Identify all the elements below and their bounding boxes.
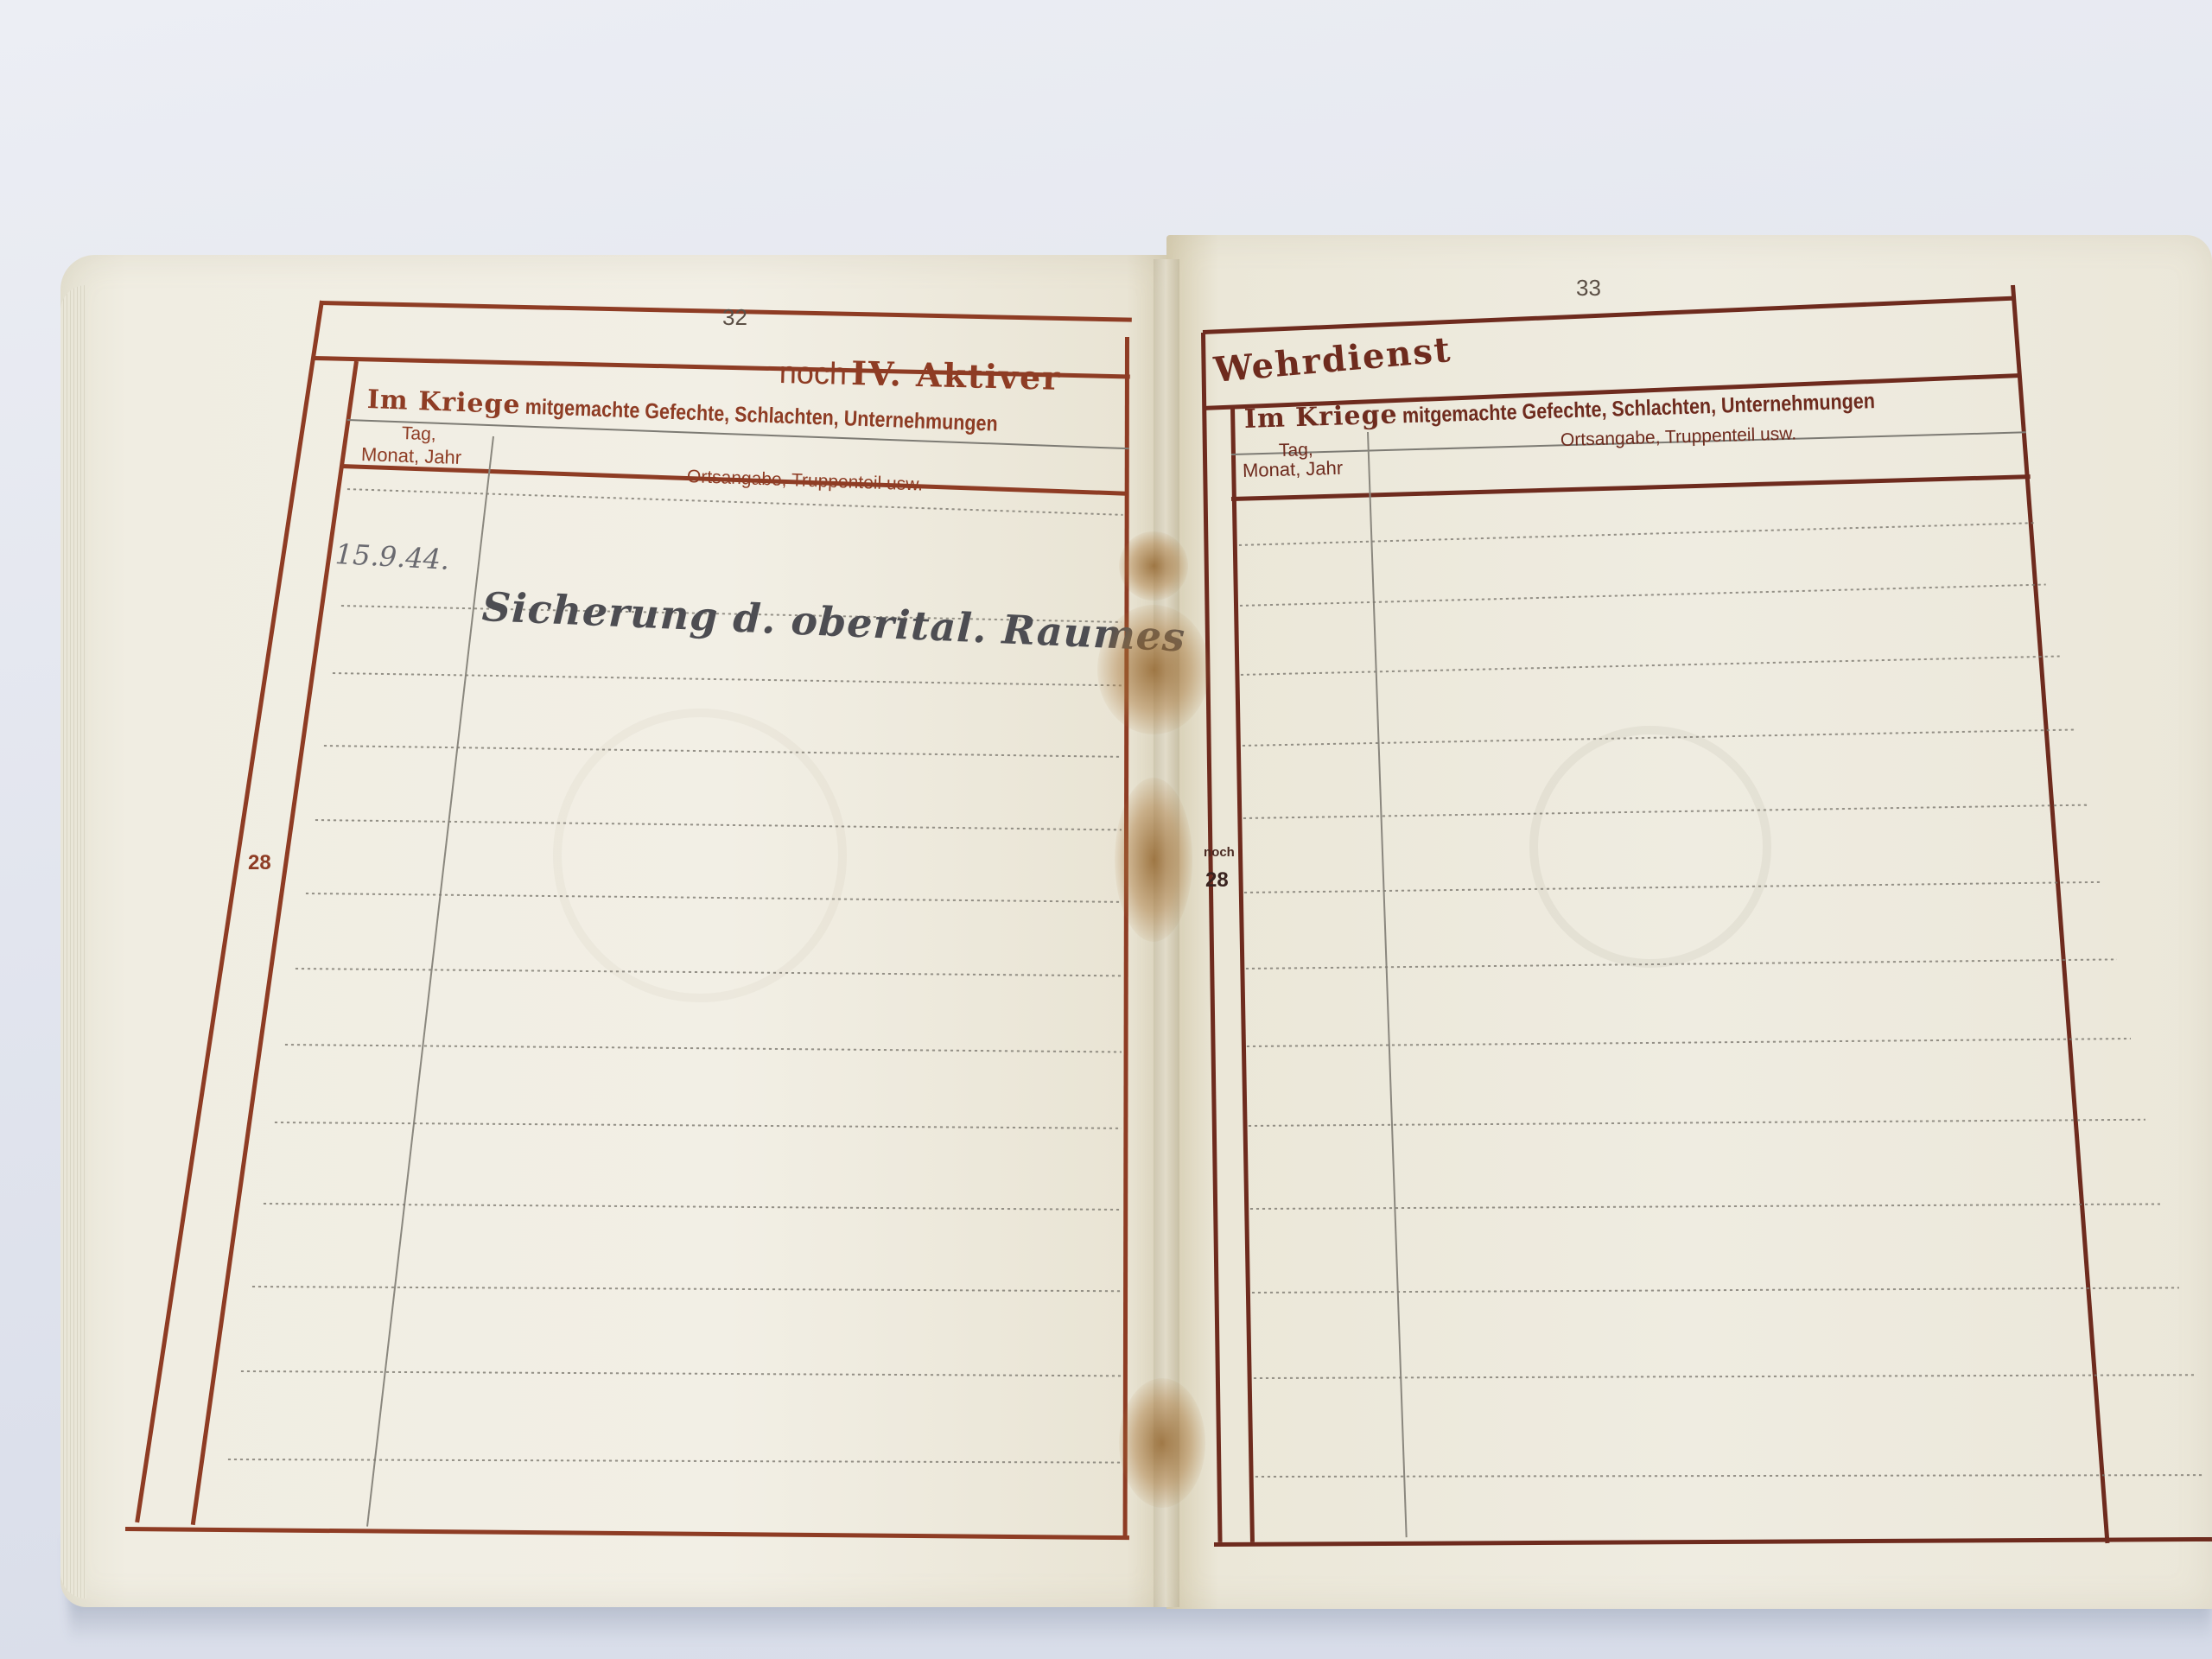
right-date-header-line2: Monat, Jahr xyxy=(1243,457,1344,482)
rust-stain xyxy=(1097,605,1210,734)
left-margin-number: 28 xyxy=(248,851,271,875)
right-margin-number: 28 xyxy=(1205,868,1229,893)
right-subheading-bold: Im Kriege xyxy=(1243,399,1398,435)
page-stack-edge xyxy=(60,285,86,1599)
rust-stain xyxy=(1115,778,1192,942)
left-section-prefix: noch xyxy=(779,354,847,391)
left-section-title: noch IV. Aktiver xyxy=(779,352,1061,397)
left-section-title-text: IV. Aktiver xyxy=(851,353,1062,397)
rust-stain xyxy=(1119,531,1188,601)
left-date-header-line1: Tag, xyxy=(402,423,437,445)
left-page-number: 32 xyxy=(722,304,747,331)
right-margin-prefix: noch xyxy=(1204,845,1235,860)
entry-date: 15.9.44. xyxy=(334,537,450,576)
left-subheading-bold: Im Kriege xyxy=(366,385,521,420)
watermark-emblem-right xyxy=(1529,726,1771,968)
right-page-number: 33 xyxy=(1576,275,1601,302)
rust-stain xyxy=(1119,1378,1205,1508)
left-date-header-line2: Monat, Jahr xyxy=(361,443,462,469)
